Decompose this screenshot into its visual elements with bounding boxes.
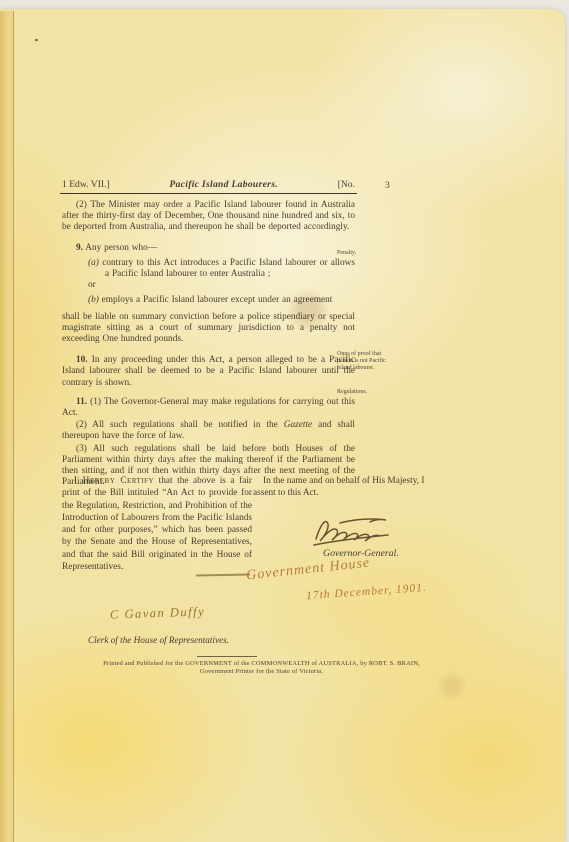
header-rule xyxy=(60,193,357,194)
section-9-text: Any person who— xyxy=(83,243,157,253)
margin-note-onus-of-proof: Onus of proof that person is not Pacific… xyxy=(337,351,389,372)
assent-paragraph: In the name and on behalf of His Majesty… xyxy=(253,475,425,499)
section-9-item-a: (a) contrary to this Act introduces a Pa… xyxy=(62,258,355,292)
item-a-text: contrary to this Act introduces a Pacifi… xyxy=(99,258,355,279)
handwritten-assent-date: 17th December, 1901. xyxy=(306,582,427,602)
section-10-number: 10. xyxy=(76,355,88,365)
section-9-heading: 9. Any person who— xyxy=(62,243,355,254)
section-11-2-paragraph: (2) All such regulations shall be notifi… xyxy=(62,420,355,442)
paper-speck xyxy=(35,39,38,41)
header-running-title: Pacific Island Labourers. xyxy=(169,179,278,190)
item-a-or: or xyxy=(105,280,355,291)
imprint-rule xyxy=(197,656,257,657)
clerk-title: Clerk of the House of Representatives. xyxy=(88,635,229,645)
clerk-signature: C Gavan Duffy xyxy=(110,604,206,622)
header-regnal-year: 1 Edw. VII.] xyxy=(62,179,110,190)
section-9-number: 9. xyxy=(76,243,83,253)
section-10-text: In any proceeding under this Act, a pers… xyxy=(62,355,355,387)
imprint-line-2: Government Printer for the State of Vict… xyxy=(64,668,459,676)
act-text-block: 1 Edw. VII.] Pacific Island Labourers. [… xyxy=(62,179,355,488)
handwritten-government-house: Government House xyxy=(246,556,371,585)
item-b-label: (b) xyxy=(88,295,99,305)
item-b-text: employs a Pacific Island labourer except… xyxy=(99,295,332,305)
section-11-1-paragraph: 11. (1) The Governor-General may make re… xyxy=(62,397,355,419)
certify-body: that the above is a fair print of the Bi… xyxy=(62,476,252,572)
section-11-1-text: (1) The Governor-General may make regula… xyxy=(62,397,355,418)
parchment-page: 3 1 Edw. VII.] Pacific Island Labourers.… xyxy=(0,9,565,842)
governor-general-signature-icon xyxy=(310,511,410,549)
gazette-italic: Gazette xyxy=(284,420,312,430)
item-a-label: (a) xyxy=(88,258,99,268)
section-9-tail-paragraph: shall be liable on summary conviction be… xyxy=(62,312,355,346)
margin-note-penalty: Penalty. xyxy=(337,250,409,257)
printer-imprint: Printed and Published for the GOVERNMENT… xyxy=(64,660,459,675)
margin-note-regulations: Regulations. xyxy=(337,389,409,396)
header-number-catchword: [No. xyxy=(338,179,355,190)
ink-strike-mark xyxy=(196,574,250,577)
section-11-number: 11. xyxy=(76,397,87,407)
page-left-edge xyxy=(0,11,14,842)
clause-2-paragraph: (2) The Minister may order a Pacific Isl… xyxy=(62,200,355,234)
section-11-2-pre: (2) All such regulations shall be notifi… xyxy=(76,420,284,430)
section-10-paragraph: 10. In any proceeding under this Act, a … xyxy=(62,355,355,389)
certification-paragraph: I Hereby Certify that the above is a fai… xyxy=(62,475,252,573)
imprint-line-1: Printed and Published for the GOVERNMENT… xyxy=(64,660,459,668)
page-number: 3 xyxy=(385,181,390,191)
section-9-item-b: (b) employs a Pacific Island labourer ex… xyxy=(62,295,355,306)
certify-lead: I Hereby Certify xyxy=(74,476,154,486)
running-header: 1 Edw. VII.] Pacific Island Labourers. [… xyxy=(62,179,355,190)
